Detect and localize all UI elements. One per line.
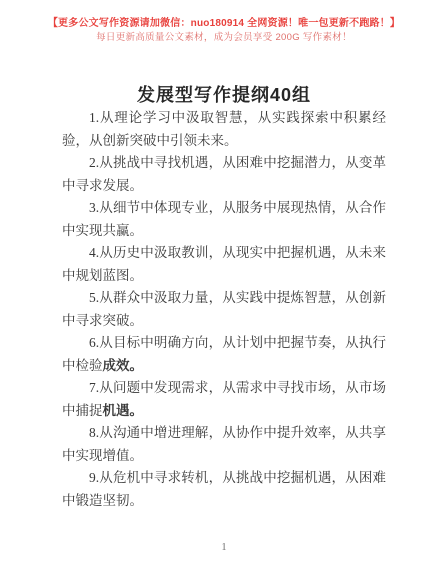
item-number: 6. <box>89 335 99 350</box>
promo-banner: 【更多公文写作资源请加微信：nuo180914 全网资源！唯一包更新不跑路！】 … <box>0 0 448 45</box>
outline-item-5: 5.从群众中汲取力量，从实践中提炼智慧，从创新中寻求突破。 <box>62 287 386 332</box>
item-text: 从沟通中增进理解，从协作中提升效率，从共享中实现增值。 <box>62 425 386 463</box>
item-number: 2. <box>89 155 99 170</box>
outline-item-1: 1.从理论学习中汲取智慧，从实践探索中积累经验，从创新突破中引领未来。 <box>62 107 386 152</box>
outline-item-6: 6.从目标中明确方向，从计划中把握节奏，从执行中检验成效。 <box>62 332 386 377</box>
item-bold-text: 机遇。 <box>103 403 144 418</box>
item-number: 5. <box>89 290 99 305</box>
page-number: 1 <box>0 541 448 555</box>
item-text: 从细节中体现专业，从服务中展现热情，从合作中实现共赢。 <box>62 200 386 238</box>
promo-banner-line1: 【更多公文写作资源请加微信：nuo180914 全网资源！唯一包更新不跑路！】 <box>0 17 448 31</box>
promo-banner-line2: 每日更新高质量公文素材，成为会员享受 200G 写作素材！ <box>0 31 448 45</box>
outline-item-4: 4.从历史中汲取教训，从现实中把握机遇，从未来中规划蓝图。 <box>62 242 386 287</box>
document-page: 【更多公文写作资源请加微信：nuo180914 全网资源！唯一包更新不跑路！】 … <box>0 0 448 580</box>
item-bold-text: 成效。 <box>103 358 144 373</box>
item-number: 1. <box>89 110 99 125</box>
item-number: 7. <box>89 380 99 395</box>
outline-item-2: 2.从挑战中寻找机遇，从困难中挖掘潜力，从变革中寻求发展。 <box>62 152 386 197</box>
outline-item-8: 8.从沟通中增进理解，从协作中提升效率，从共享中实现增值。 <box>62 422 386 467</box>
item-number: 3. <box>89 200 99 215</box>
item-number: 4. <box>89 245 99 260</box>
item-number: 8. <box>89 425 99 440</box>
outline-item-3: 3.从细节中体现专业，从服务中展现热情，从合作中实现共赢。 <box>62 197 386 242</box>
item-text: 从历史中汲取教训，从现实中把握机遇，从未来中规划蓝图。 <box>62 245 386 283</box>
item-text: 从危机中寻求转机，从挑战中挖掘机遇，从困难中锻造坚韧。 <box>62 470 386 508</box>
item-text: 从群众中汲取力量，从实践中提炼智慧，从创新中寻求突破。 <box>62 290 386 328</box>
outline-item-9: 9.从危机中寻求转机，从挑战中挖掘机遇，从困难中锻造坚韧。 <box>62 467 386 512</box>
outline-list: 1.从理论学习中汲取智慧，从实践探索中积累经验，从创新突破中引领未来。 2.从挑… <box>0 106 448 512</box>
item-number: 9. <box>89 470 99 485</box>
outline-item-7: 7.从问题中发现需求，从需求中寻找市场，从市场中捕捉机遇。 <box>62 377 386 422</box>
page-title: 发展型写作提纲40组 <box>0 85 448 106</box>
item-text: 从理论学习中汲取智慧，从实践探索中积累经验，从创新突破中引领未来。 <box>62 110 386 148</box>
item-text: 从挑战中寻找机遇，从困难中挖掘潜力，从变革中寻求发展。 <box>62 155 386 193</box>
